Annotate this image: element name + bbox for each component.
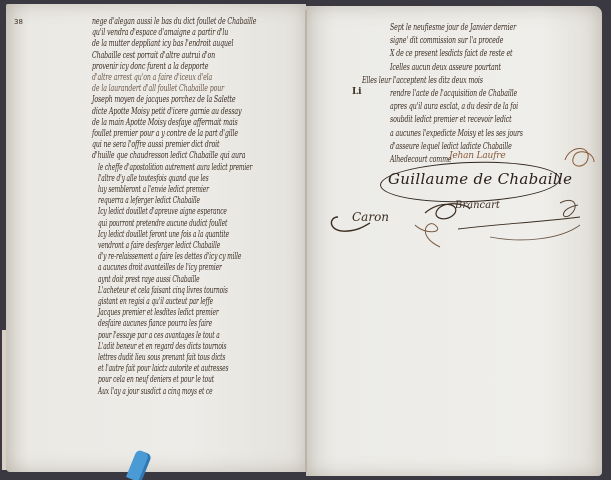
manuscript-line: pour cela en neuf deniers et pour le tou…	[98, 374, 214, 385]
binding-gutter	[305, 10, 307, 472]
manuscript-line: le cheffe d'apostolition autrement aura …	[98, 162, 252, 173]
manuscript-line: Jacques premier et lesdites ledict premi…	[98, 307, 219, 318]
manuscript-line: aynt doit prest raye aussi Chabaille	[98, 274, 200, 285]
manuscript-line: d'huille que chaudresson ledict Chabaill…	[92, 150, 245, 161]
folio-number: 38	[14, 18, 23, 26]
manuscript-line: Chabaille cest porrait d'altre autrui d'…	[92, 50, 215, 61]
signature-flourishes-icon	[330, 195, 611, 270]
paraph-icon	[560, 140, 600, 180]
manuscript-line: et l'autre fait pour laictz autorite et …	[98, 363, 228, 374]
manuscript-line: l'altre d'y alle toutesfois quand que le…	[98, 173, 208, 184]
manuscript-line: L'adit beneur et en regard des dicts tou…	[98, 341, 226, 352]
manuscript-line: Icelles aucun deux asseure pourtant	[390, 62, 501, 73]
manuscript-line: Joseph moyen de jacques porchez de la Sa…	[92, 94, 236, 105]
manuscript-line: rendre l'acte de l'acquisition de Chabai…	[390, 88, 517, 99]
manuscript-line: de la main Apotte Moisy desfaye affermai…	[92, 117, 238, 128]
manuscript-line: X de ce present lesdicts faict de reste …	[390, 48, 512, 59]
manuscript-line: desfaire aucunes fiance pourra les faire	[98, 318, 212, 329]
manuscript-line: qui pourront pretendre aucune dudict fou…	[98, 218, 227, 229]
manuscript-line: Icy ledict douillet feront une fois a la…	[98, 229, 229, 240]
manuscript-line: provenir icy donc furent a la depporte	[92, 61, 208, 72]
manuscript-line: apres qu'il aura esclat, a du desir de l…	[390, 101, 518, 112]
margin-mark: Li	[352, 87, 361, 97]
manuscript-line: signe' dit commission sur l'a procede	[390, 35, 503, 46]
scan-background: 38 nege d'alegan aussi le bas du dict fo…	[0, 0, 611, 480]
manuscript-line: dicte Apotte Moisy petit d'icere garnie …	[92, 106, 241, 117]
manuscript-line: gistant en regisi a qu'il aucteut par le…	[98, 296, 213, 307]
manuscript-line: Sept le neufiesme jour de Janvier dernie…	[390, 22, 516, 33]
manuscript-line: a aucunes l'expedicte Moisy et les ses j…	[390, 128, 523, 139]
manuscript-line: pour l'essaye par a ces avantages le tou…	[98, 330, 220, 341]
manuscript-line: Icy ledict douillet d'apreuve aigne espe…	[98, 206, 227, 217]
manuscript-line: d'y re-relaissement a faire les dettes d…	[98, 251, 241, 262]
manuscript-line: foullet premier pour a y contre de la pa…	[92, 128, 238, 139]
manuscript-line: requerra a leferger ledict Chabaille	[98, 195, 200, 206]
manuscript-line: nege d'alegan aussi le bas du dict foull…	[92, 16, 256, 27]
manuscript-line: L'acheteur et cela faisant cinq livres t…	[98, 285, 228, 296]
manuscript-line: de la laurandert d'all foullet Chabaille…	[92, 83, 224, 94]
manuscript-line: vendront a faire desferger ledict Chabai…	[98, 240, 220, 251]
manuscript-line: lettres dudit lieu sous prenant fait tou…	[98, 352, 225, 363]
manuscript-line: Elles leur l'acceptent les ditz deux moi…	[362, 75, 483, 86]
manuscript-line: a aucunes droit avanteilles de l'icy pre…	[98, 262, 222, 273]
manuscript-line: d'altre arrest qu'on a faire d'iceux d'e…	[92, 72, 212, 83]
manuscript-line: qu'il vendra d'espace d'amaigne a partir…	[92, 27, 228, 38]
manuscript-line: de la mutter deppliant icy bas l'endroit…	[92, 38, 233, 49]
manuscript-line: qui ne sera l'offre aussi premier dict d…	[92, 139, 219, 150]
main-signature: Guillaume de Chabaille	[388, 170, 572, 188]
manuscript-line: luy sembleront a l'envie ledict premier	[98, 184, 209, 195]
manuscript-line: Aux l'ay a jour susdict a cinq moys et c…	[98, 386, 213, 397]
manuscript-line: soubdit ledict premier et recevoir ledic…	[390, 114, 512, 125]
witness-signature: Jehan Laufre	[449, 151, 505, 161]
